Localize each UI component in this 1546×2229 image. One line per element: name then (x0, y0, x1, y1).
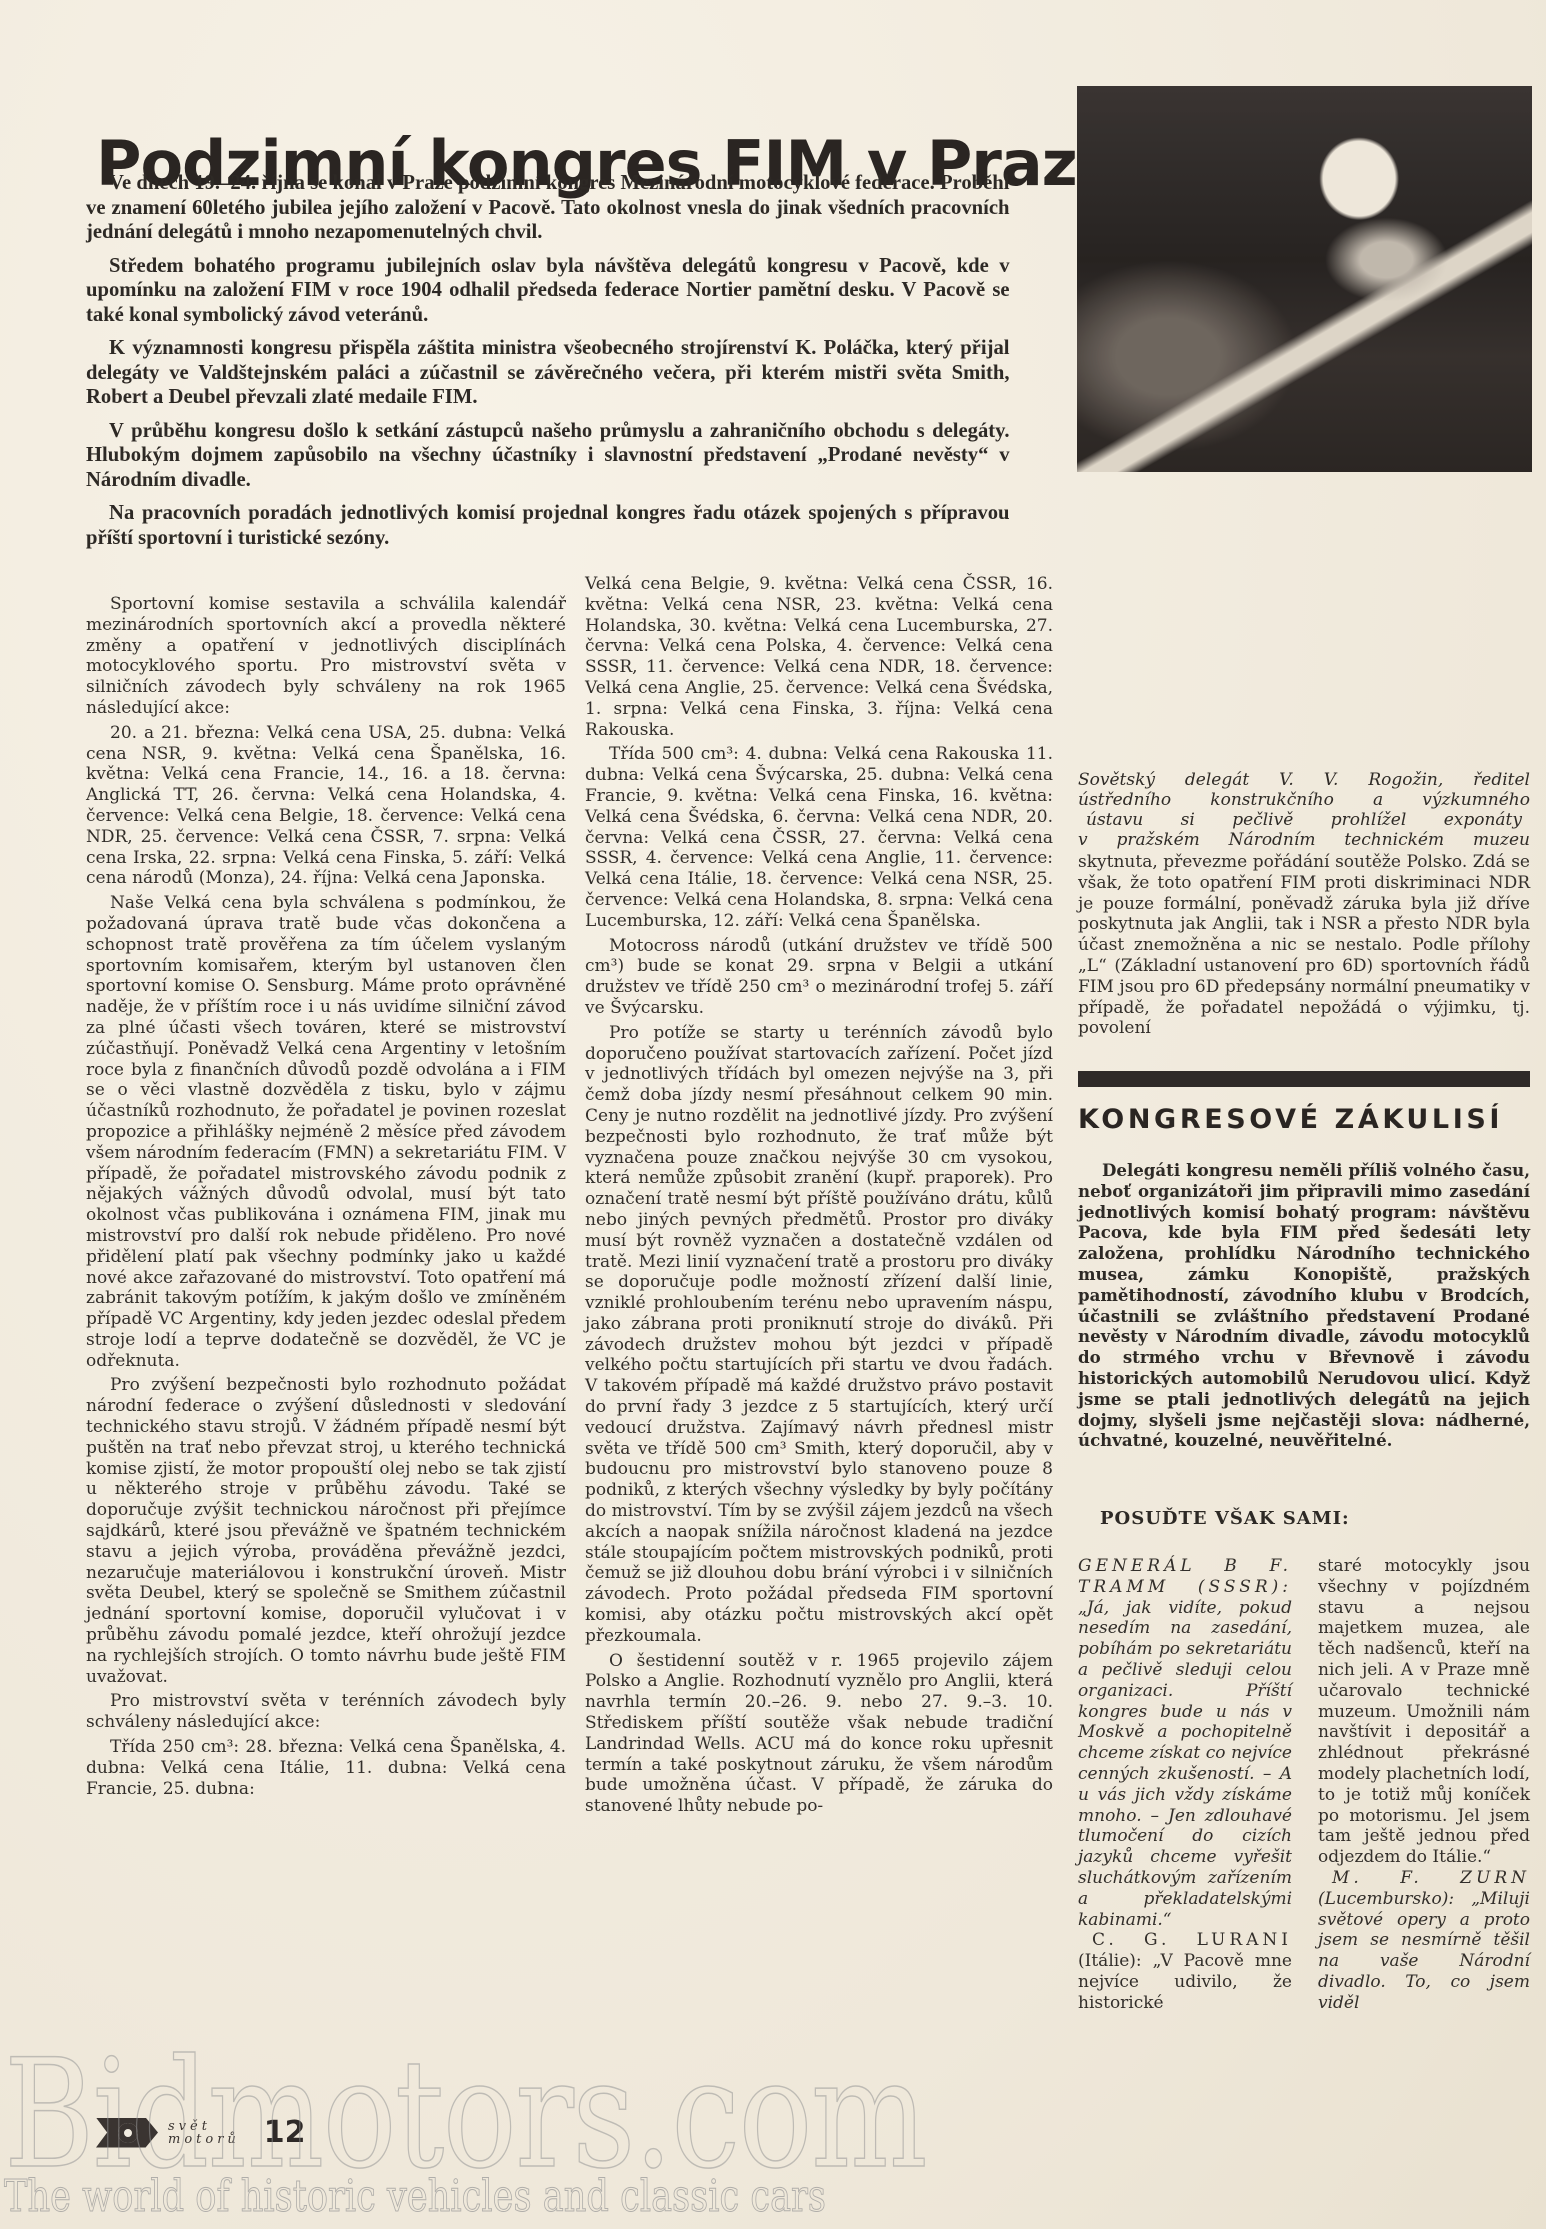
lead-paragraph: K významnosti kongresu přispěla záštita … (86, 335, 1010, 409)
lead-paragraph: Na pracovních poradách jednotlivých komi… (86, 500, 1010, 549)
sidebar-lead: Delegáti kongresu neměli příliš volného … (1078, 1160, 1530, 1451)
body-paragraph: O šestidenní soutěž v r. 1965 projevilo … (585, 1651, 1053, 1817)
caption-line: v pražském Národním technickém muzeu (1078, 830, 1530, 850)
quote-lurani: C. G. LURANI (Itálie): „V Pacově mne nej… (1078, 1930, 1292, 2013)
quotes-column-1: GENERÁL B F. TRAMM (SSSR): „Já, jak vidí… (1078, 1556, 1292, 2014)
photo-caption: Sovětský delegát V. V. Rogožin, ředitel … (1078, 770, 1530, 850)
body-paragraph: Třída 250 cm³: 28. března: Velká cena Šp… (86, 1737, 566, 1799)
magazine-page: Podzimní kongres FIM v Praze Ve dnech 19… (0, 0, 1546, 2229)
caption-line: ústavu si pečlivě prohlížel exponáty (1078, 810, 1530, 830)
quote-text: „Já, jak vidíte, pokud nesedím na zasedá… (1078, 1598, 1292, 1930)
quote-text: (Itálie): „V Pacově mne nejvíce udivilo,… (1078, 1951, 1292, 2013)
body-paragraph: Pro mistrovství světa v terénních závode… (86, 1691, 566, 1733)
caption-line: Sovětský delegát V. V. Rogožin, ředitel (1078, 770, 1530, 790)
lead-paragraph: V průběhu kongresu došlo k setkání zástu… (86, 418, 1010, 492)
quote-zurn: M. F. ZURN (Lucembursko): „Miluji světov… (1318, 1868, 1530, 2014)
body-column-1: Sportovní komise sestavila a schválila k… (86, 594, 566, 1803)
body-column-3: skytnuta, převezme pořádání soutěže Pols… (1078, 852, 1530, 1039)
body-paragraph: Naše Velká cena byla schválena s podmínk… (86, 893, 566, 1371)
section-divider-bar (1078, 1071, 1530, 1087)
watermark-tagline: The world of historic vehicles and class… (4, 2172, 826, 2222)
body-paragraph: Velká cena Belgie, 9. května: Velká cena… (585, 574, 1053, 740)
sidebar-paragraph: Delegáti kongresu neměli příliš volného … (1078, 1160, 1530, 1451)
body-paragraph: Pro potíže se starty u terénních závodů … (585, 1023, 1053, 1647)
article-lead: Ve dnech 19.–24. října se konal v Praze … (86, 170, 1010, 558)
quote-lurani-continued: staré motocykly jsou všechny v pojízdném… (1318, 1556, 1530, 1868)
watermark-site: Bidmotors.com (4, 2040, 1267, 2190)
lead-paragraph: Ve dnech 19.–24. října se konal v Praze … (86, 170, 1010, 244)
caption-line: ústředního konstrukčního a výzkumného (1078, 790, 1530, 810)
quotes-column-2: staré motocykly jsou všechny v pojízdném… (1318, 1556, 1530, 2014)
body-paragraph: skytnuta, převezme pořádání soutěže Pols… (1078, 852, 1530, 1039)
body-column-2: Velká cena Belgie, 9. května: Velká cena… (585, 574, 1053, 1821)
body-paragraph: Pro zvýšení bezpečnosti bylo rozhodnuto … (86, 1375, 566, 1687)
body-paragraph: Motocross národů (utkání družstev ve tří… (585, 936, 1053, 1019)
quote-tramm: GENERÁL B F. TRAMM (SSSR): „Já, jak vidí… (1078, 1556, 1292, 1930)
body-paragraph: 20. a 21. března: Velká cena USA, 25. du… (86, 723, 566, 889)
body-paragraph: Třída 500 cm³: 4. dubna: Velká cena Rako… (585, 744, 1053, 931)
sidebar-title: KONGRESOVÉ ZÁKULISÍ (1078, 1104, 1530, 1135)
quote-author: M. F. ZURN (1332, 1868, 1530, 1888)
quote-text: (Lucembursko): „Miluji světové opery a p… (1318, 1889, 1530, 2013)
photo-delegate-rogozin (1077, 86, 1532, 472)
sidebar-subtitle: POSUĎTE VŠAK SAMI: (1100, 1508, 1350, 1529)
quote-author: GENERÁL B F. TRAMM (SSSR): (1078, 1556, 1292, 1597)
lead-paragraph: Středem bohatého programu jubilejních os… (86, 253, 1010, 327)
body-paragraph: Sportovní komise sestavila a schválila k… (86, 594, 566, 719)
quote-author: C. G. LURANI (1092, 1930, 1292, 1950)
